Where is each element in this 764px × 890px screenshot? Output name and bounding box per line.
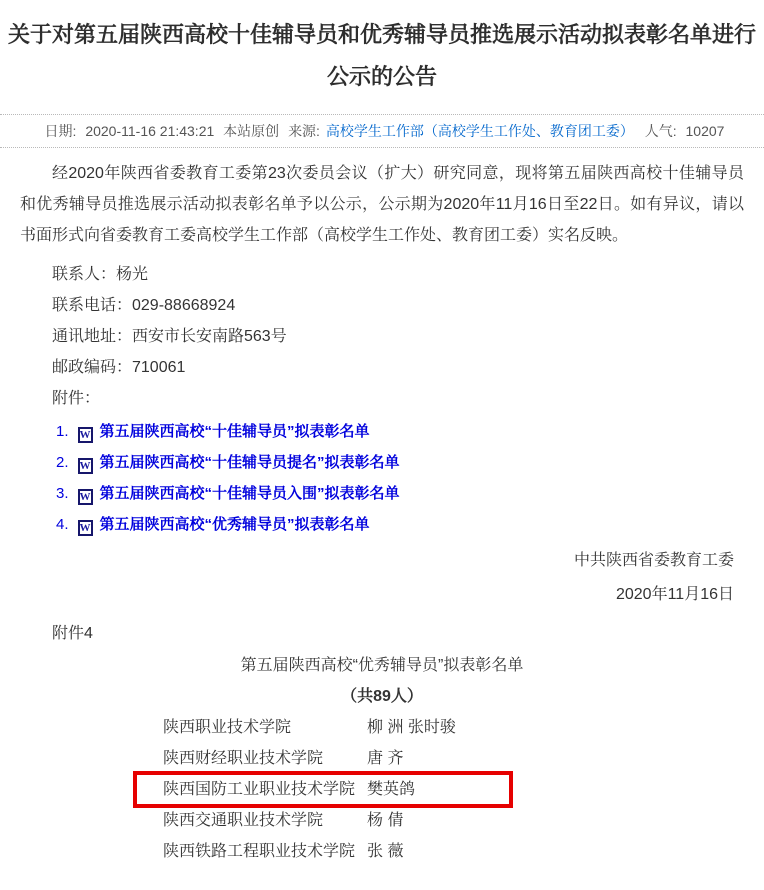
attachment-item: 4.W第五届陕西高校“优秀辅导员”拟表彰名单 <box>56 509 744 540</box>
announcement-body-paragraph: 经2020年陕西省委教育工委第23次委员会议（扩大）研究同意，现将第五届陕西高校… <box>20 158 744 251</box>
attachment-number: 3. <box>56 485 69 502</box>
roster-school: 陕西铁路工程职业技术学院 <box>163 836 367 867</box>
word-doc-icon[interactable]: W <box>78 458 93 474</box>
contact-phone: 联系电话：029-88668924 <box>20 290 744 321</box>
attachment-link[interactable]: 第五届陕西高校“十佳辅导员提名”拟表彰名单 <box>100 454 400 471</box>
word-doc-icon[interactable]: W <box>78 520 93 536</box>
roster-school: 陕西财经职业技术学院 <box>163 743 367 774</box>
announcement-content: 经2020年陕西省委教育工委第23次委员会议（扩大）研究同意，现将第五届陕西高校… <box>0 158 764 867</box>
attachment-number: 1. <box>56 423 69 440</box>
roster-names: 樊英鸽 <box>367 774 744 805</box>
attachment-item: 2.W第五届陕西高校“十佳辅导员提名”拟表彰名单 <box>56 447 744 478</box>
contact-person: 联系人：杨光 <box>20 259 744 290</box>
announcement-page: 关于对第五届陕西高校十佳辅导员和优秀辅导员推选展示活动拟表彰名单进行公示的公告 … <box>0 0 764 890</box>
roster-names: 杨 倩 <box>367 805 744 836</box>
roster-school: 陕西交通职业技术学院 <box>163 805 367 836</box>
appendix-title: 第五届陕西高校“优秀辅导员”拟表彰名单 <box>20 650 744 682</box>
attachment-item: 3.W第五届陕西高校“十佳辅导员入围”拟表彰名单 <box>56 478 744 509</box>
signature-block: 中共陕西省委教育工委 2020年11月16日 <box>20 544 744 612</box>
word-doc-icon[interactable]: W <box>78 427 93 443</box>
source-label: 来源: <box>288 123 324 139</box>
contact-address: 通讯地址：西安市长安南路563号 <box>20 321 744 352</box>
roster-row: 陕西职业技术学院 柳 洲 张时骏 <box>163 712 744 743</box>
date-label: 日期: <box>45 123 81 139</box>
date-value: 2020-11-16 21:43:21 <box>85 123 214 139</box>
appendix-count: （共89人） <box>20 682 744 712</box>
attachment-number: 4. <box>56 516 69 533</box>
roster-school: 陕西职业技术学院 <box>163 712 367 743</box>
views-value: 10207 <box>686 123 725 139</box>
word-doc-icon[interactable]: W <box>78 489 93 505</box>
views-label: 人气: <box>645 123 681 139</box>
attachments-heading: 附件： <box>20 383 744 414</box>
meta-bar: 日期: 2020-11-16 21:43:21 本站原创 来源: 高校学生工作部… <box>0 114 764 148</box>
contact-postcode: 邮政编码：710061 <box>20 352 744 383</box>
origin-label: 本站原创 <box>223 123 279 139</box>
attachment-link[interactable]: 第五届陕西高校“十佳辅导员”拟表彰名单 <box>100 423 370 440</box>
roster-row: 陕西铁路工程职业技术学院 张 薇 <box>163 836 744 867</box>
page-title: 关于对第五届陕西高校十佳辅导员和优秀辅导员推选展示活动拟表彰名单进行公示的公告 <box>0 0 764 98</box>
source-link[interactable]: 高校学生工作部（高校学生工作处、教育团工委） <box>326 123 634 139</box>
roster-list: 陕西职业技术学院 柳 洲 张时骏 陕西财经职业技术学院 唐 齐 陕西国防工业职业… <box>163 712 744 867</box>
attachment-number: 2. <box>56 454 69 471</box>
roster-names: 唐 齐 <box>367 743 744 774</box>
attachment-link[interactable]: 第五届陕西高校“十佳辅导员入围”拟表彰名单 <box>100 485 400 502</box>
roster-names: 柳 洲 张时骏 <box>367 712 744 743</box>
attachment-link[interactable]: 第五届陕西高校“优秀辅导员”拟表彰名单 <box>100 516 370 533</box>
roster-school: 陕西国防工业职业技术学院 <box>163 774 367 805</box>
appendix-section: 附件4 第五届陕西高校“优秀辅导员”拟表彰名单 （共89人） 陕西职业技术学院 … <box>20 618 744 867</box>
roster-row: 陕西交通职业技术学院 杨 倩 <box>163 805 744 836</box>
appendix-label: 附件4 <box>20 618 744 650</box>
roster-row: 陕西财经职业技术学院 唐 齐 <box>163 743 744 774</box>
roster-names: 张 薇 <box>367 836 744 867</box>
signature-org: 中共陕西省委教育工委 <box>20 544 734 578</box>
attachment-list: 1.W第五届陕西高校“十佳辅导员”拟表彰名单 2.W第五届陕西高校“十佳辅导员提… <box>20 416 744 540</box>
attachment-item: 1.W第五届陕西高校“十佳辅导员”拟表彰名单 <box>56 416 744 447</box>
signature-date: 2020年11月16日 <box>20 578 734 612</box>
roster-row-highlighted: 陕西国防工业职业技术学院 樊英鸽 <box>163 774 744 805</box>
